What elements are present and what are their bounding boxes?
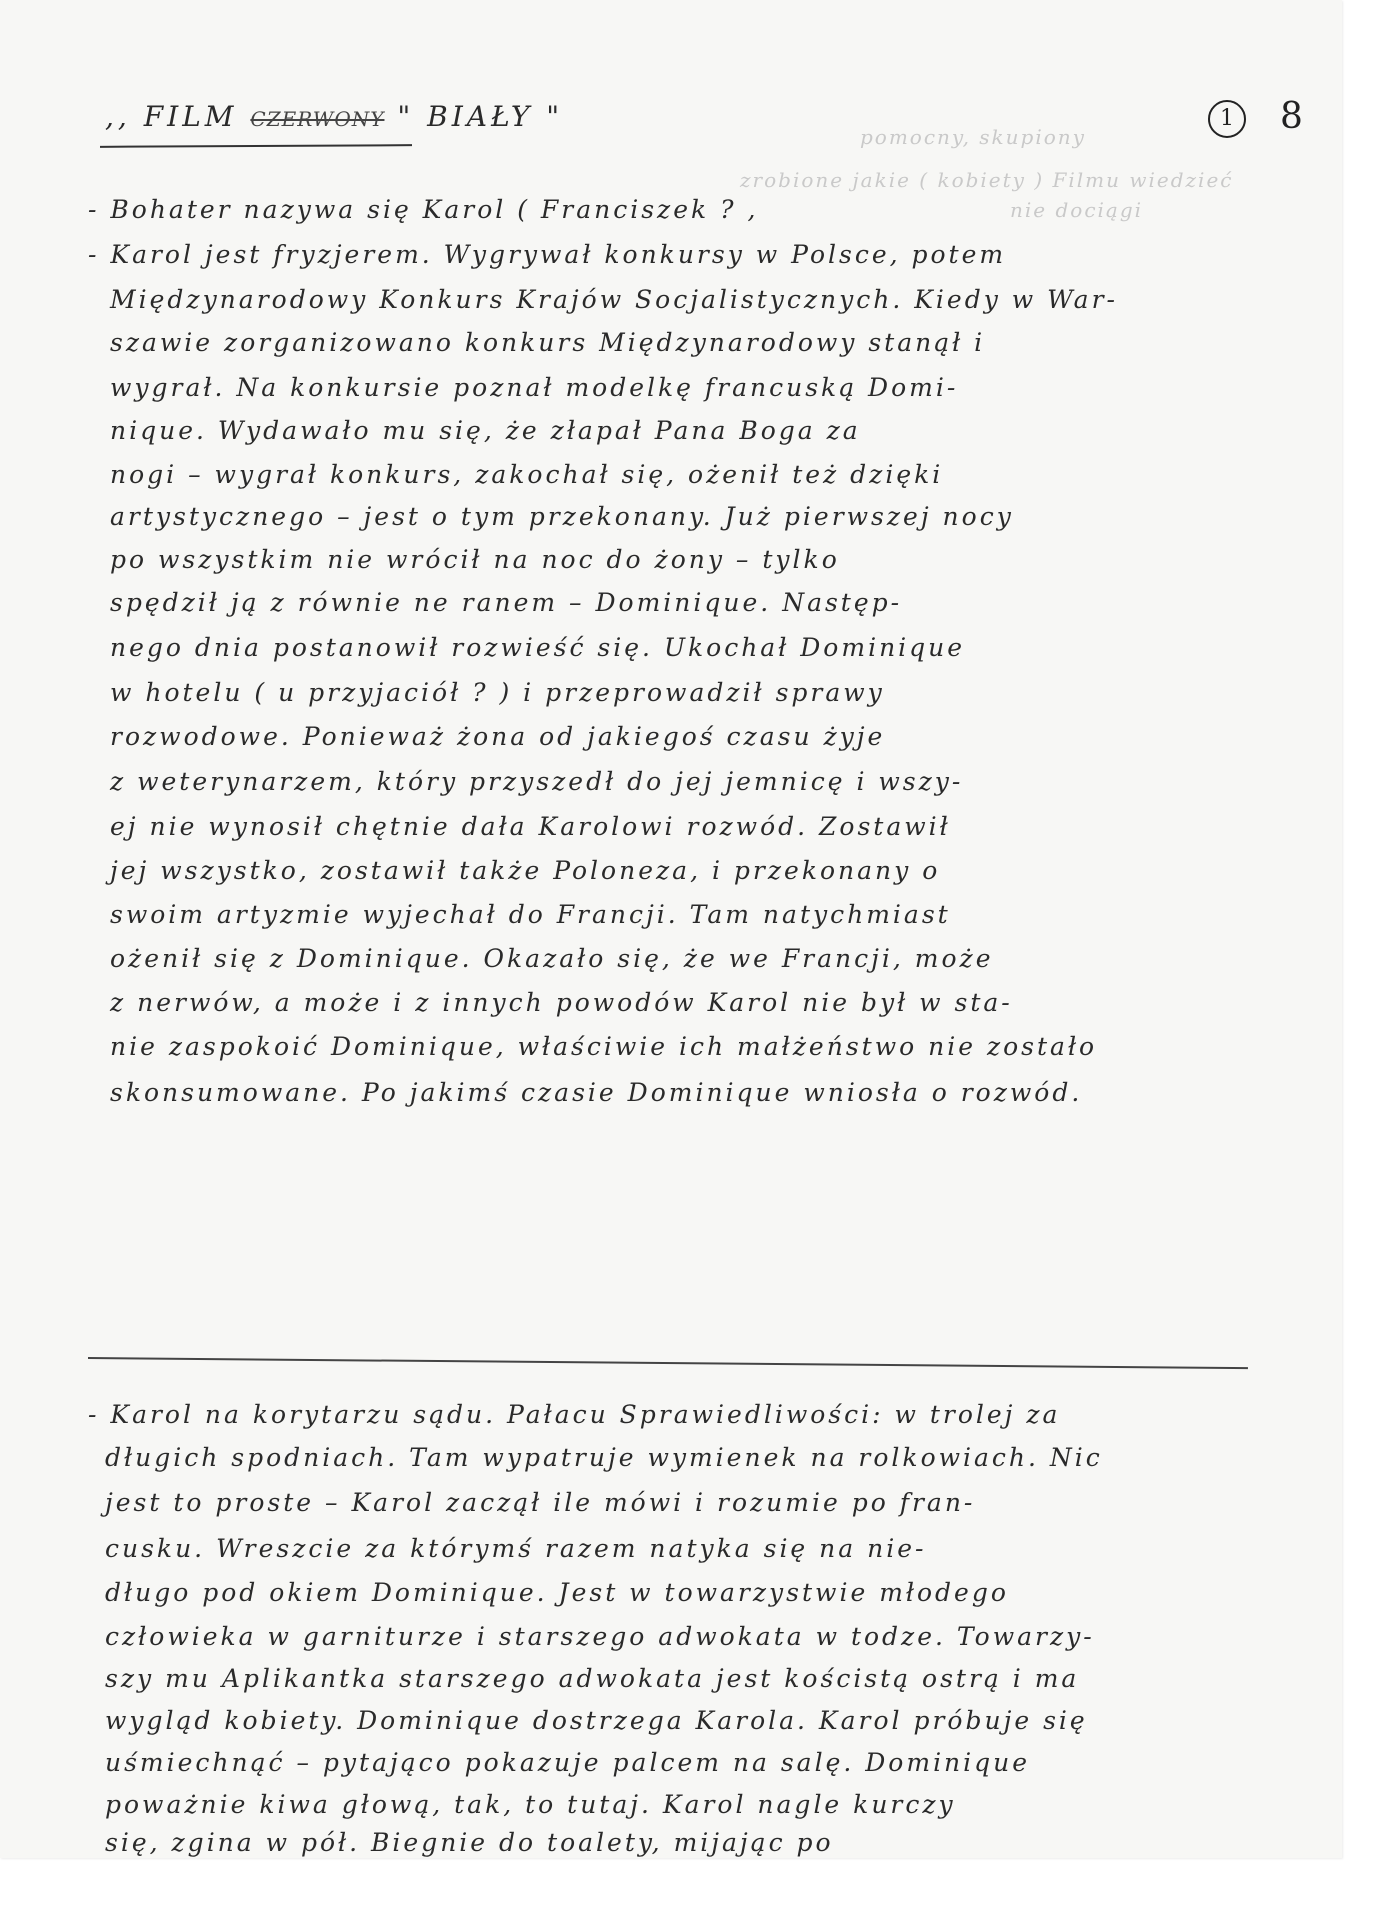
- title-open-quote: ,,: [105, 100, 131, 133]
- text-line: w hotelu ( u przyjaciół ? ) i przeprowad…: [110, 678, 885, 707]
- text-line: ej nie wynosił chętnie dała Karolowi roz…: [110, 812, 951, 841]
- text-line: wygląd kobiety. Dominique dostrzega Karo…: [105, 1706, 1088, 1735]
- text-line: spędził ją z równie ne ranem – Dominique…: [110, 588, 902, 617]
- text-line: swoim artyzmie wyjechał do Francji. Tam …: [110, 900, 951, 929]
- text-line: szy mu Aplikantka starszego adwokata jes…: [105, 1664, 1079, 1693]
- text-line: się, zgina w pół. Biegnie do toalety, mi…: [105, 1828, 834, 1857]
- text-line: artystycznego – jest o tym przekonany. J…: [110, 502, 1014, 531]
- text-line: jej wszystko, zostawił także Polonezа, i…: [110, 856, 940, 885]
- text-line: cusku. Wreszcie za którymś razem natyka …: [105, 1534, 926, 1563]
- text-line: szawie zorganizowano konkurs Międzynarod…: [110, 328, 985, 357]
- page-number: 8: [1280, 96, 1303, 137]
- text-line: z nerwów, a może i z innych powodów Karo…: [110, 988, 1013, 1017]
- text-line: nie zaspokoić Dominique, właściwie ich m…: [110, 1032, 1097, 1061]
- text-line: długich spodniach. Tam wypatruje wymiene…: [105, 1443, 1103, 1472]
- text-line: rozwodowe. Ponieważ żona od jakiegoś cza…: [110, 722, 885, 751]
- circled-number: 1: [1208, 100, 1246, 138]
- bleedthrough-note: pomocny, skupiony: [860, 125, 1086, 149]
- manuscript-page: pomocny, skupiony zrobione jakie ( kobie…: [0, 0, 1342, 1858]
- text-line: długo pod okiem Dominique. Jest w towarz…: [105, 1578, 1009, 1607]
- title-underline: [100, 144, 412, 148]
- text-line: uśmiechnąć – pytająco pokazuje palcem na…: [105, 1748, 1030, 1777]
- text-line: Międzynarodowy Konkurs Krajów Socjalisty…: [110, 285, 1118, 314]
- text-line: nego dnia postanowił rozwieść się. Ukoch…: [110, 633, 965, 662]
- text-line: - Karol na korytarzu sądu. Pałacu Sprawi…: [88, 1400, 1060, 1429]
- title-struck-word: CZERWONY: [250, 107, 384, 131]
- text-line: jest to proste – Karol zaczął ile mówi i…: [105, 1488, 975, 1517]
- text-line: z weterynarzem, który przyszedł do jej j…: [110, 767, 963, 796]
- text-line: nogi – wygrał konkurs, zakochał się, oże…: [110, 460, 943, 489]
- text-line: po wszystkim nie wrócił na noc do żony –…: [110, 545, 840, 574]
- text-line: wygrał. Na konkursie poznał modelkę fran…: [110, 373, 958, 402]
- section-divider: [88, 1357, 1248, 1369]
- bleedthrough-note: nie dociągi: [1010, 198, 1143, 222]
- title-word-film: FILM: [144, 100, 238, 133]
- text-line: - Bohater nazywa się Karol ( Franciszek …: [88, 195, 758, 224]
- text-line: nique. Wydawało mu się, że złapał Pana B…: [110, 416, 861, 445]
- text-line: skonsumowane. Po jakimś czasie Dominique…: [110, 1078, 1082, 1107]
- text-line: - Karol jest fryzjerem. Wygrywał konkurs…: [88, 240, 1006, 269]
- text-line: człowieka w garniturze i starszego adwok…: [105, 1622, 1095, 1651]
- text-line: poważnie kiwa głową, tak, to tutaj. Karo…: [105, 1790, 956, 1819]
- text-line: ożenił się z Dominique. Okazało się, że …: [110, 944, 994, 973]
- bleedthrough-note: zrobione jakie ( kobiety ) Filmu wiedzie…: [740, 168, 1234, 192]
- title-word-bialy: " BIAŁY ": [397, 100, 563, 133]
- page-title: ,, FILM CZERWONY " BIAŁY ": [105, 100, 563, 133]
